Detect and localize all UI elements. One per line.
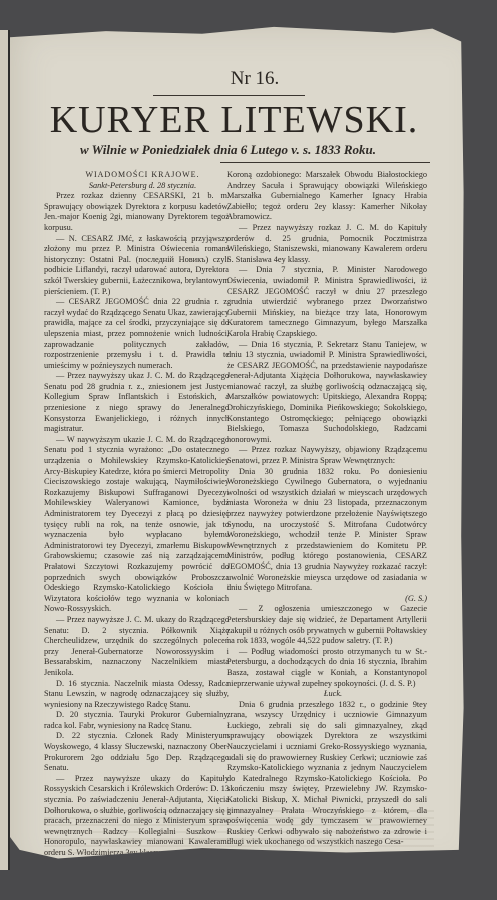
source-signoff: (G. S.) xyxy=(227,594,427,605)
section-heading: WIADOMOŚCI KRAJOWE. xyxy=(44,170,229,181)
article-paragraph: — Dnia 16 stycznia, P. Sekretarz Stanu T… xyxy=(227,340,427,446)
adjacent-page-edge xyxy=(0,30,10,870)
article-paragraph: — Przez rozkaz Naywyższy, objawiony Rząd… xyxy=(227,445,427,466)
newspaper-title: KURYER LITEWSKI. xyxy=(24,98,444,142)
bleed-through-text xyxy=(44,810,434,865)
article-paragraph: — Przez naywyższy rozkaz J. C. M. do Kap… xyxy=(227,223,427,265)
article-paragraph: Dnia 30 grudnia 1832 roku. Po doniesieni… xyxy=(227,467,427,594)
article-paragraph: — Przez naywyższy ukaz J. C. M. do Rządz… xyxy=(44,371,229,435)
article-paragraph: — W nagrodę odznaczający się służby, prz… xyxy=(44,859,229,891)
header-rule xyxy=(220,162,430,163)
right-column: Koroną ozdobionego: Marszałek Obwodu Bia… xyxy=(227,170,427,848)
dateline-place: Łuck. xyxy=(227,689,427,700)
article-paragraph: Koroną ozdobionego: Marszałek Obwodu Bia… xyxy=(227,170,427,223)
article-paragraph: — Dnia 7 stycznia, P. Minister Narodoweg… xyxy=(227,265,427,339)
dateline-place: Sankt-Petersburg d. 28 stycznia. xyxy=(44,181,229,192)
article-paragraph: — Podług wiadomości prosto otrzymanych t… xyxy=(227,647,427,689)
newspaper-page: Nr 16. KURYER LITEWSKI. w Wilnie w Ponie… xyxy=(10,20,490,880)
dateline: w Wilnie w Poniedziałek dnia 6 Lutego v.… xyxy=(38,142,418,158)
article-paragraph: — N. CESARZ JMć, z łaskawością przyjąwsz… xyxy=(44,234,229,298)
article-paragraph: — Z ogłoszenia umieszczonego w Gazecie P… xyxy=(227,604,427,646)
article-paragraph: — CESARZ JEGOMOŚĆ dnia 22 grudnia r. z. … xyxy=(44,297,229,371)
article-paragraph: D. 16 stycznia. Naczelnik miasta Odessy,… xyxy=(44,679,229,711)
left-column: WIADOMOŚCI KRAJOWE. Sankt-Petersburg d. … xyxy=(44,170,229,890)
article-paragraph: Przez rozkaz dzienny CESARSKI, 21 b. m. … xyxy=(44,191,229,233)
number-rule xyxy=(153,95,305,96)
article-paragraph: D. 20 stycznia. Tauryki Prokuror Guberni… xyxy=(44,710,229,731)
article-paragraph: — W naywyższym ukazie J. C. M. do Rządzą… xyxy=(44,435,229,615)
issue-number: Nr 16. xyxy=(10,68,490,90)
article-paragraph: D. 22 stycznia. Członek Rady Ministeryum… xyxy=(44,731,229,773)
article-paragraph: — Przez naywyższe J. C. M. ukazy do Rząd… xyxy=(44,615,229,679)
